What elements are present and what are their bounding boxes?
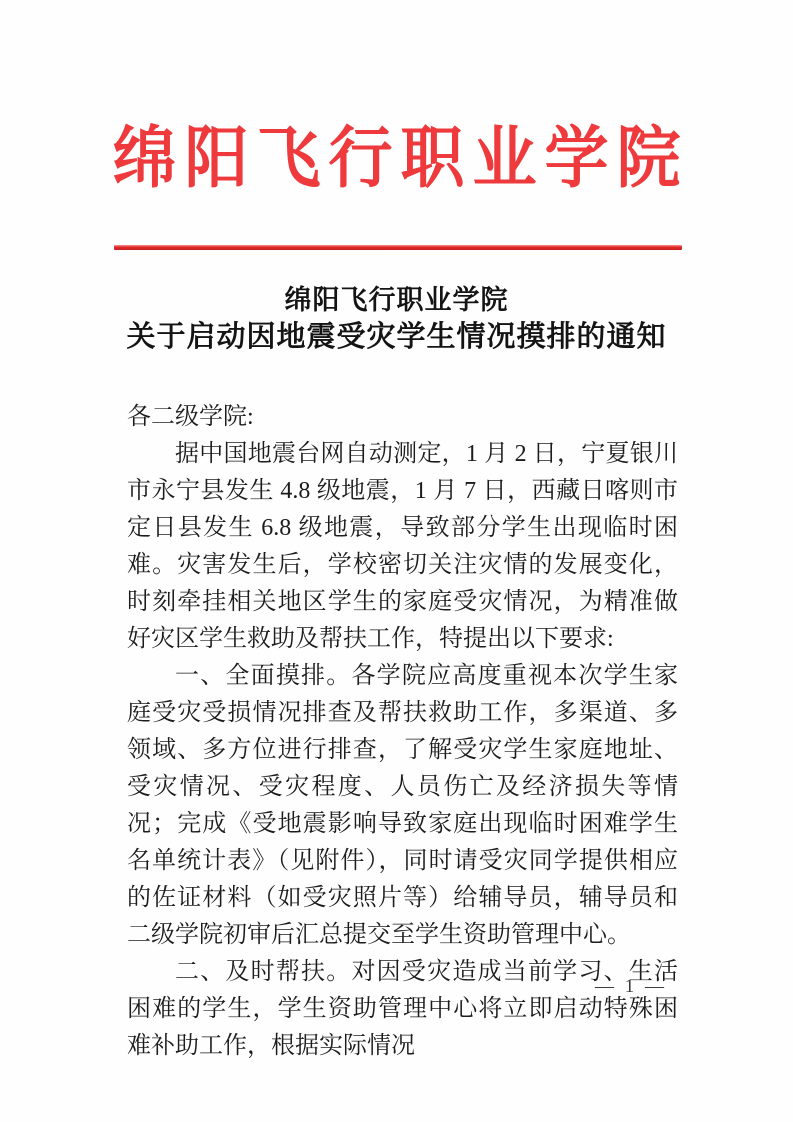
paragraph-2: 一、全面摸排。各学院应高度重视本次学生家庭受灾受损情况排查及帮扶救助工作，多渠道…: [127, 658, 678, 954]
salutation: 各二级学院:: [127, 399, 678, 436]
document-page: 绵阳飞行职业学院 绵阳飞行职业学院 关于启动因地震受灾学生情况摸排的通知 各二级…: [0, 0, 793, 1122]
doc-title-line1: 绵阳飞行职业学院: [0, 283, 793, 317]
doc-title: 绵阳飞行职业学院 关于启动因地震受灾学生情况摸排的通知: [0, 283, 793, 357]
page-number: — 1 —: [595, 976, 667, 998]
paragraph-1: 据中国地震台网自动测定，1 月 2 日，宁夏银川市永宁县发生 4.8 级地震，1…: [127, 436, 678, 658]
doc-body: 各二级学院: 据中国地震台网自动测定，1 月 2 日，宁夏银川市永宁县发生 4.…: [127, 399, 678, 1065]
paragraph-3: 二、及时帮扶。对因受灾造成当前学习、生活困难的学生，学生资助管理中心将立即启动特…: [127, 954, 678, 1065]
doc-title-line2: 关于启动因地震受灾学生情况摸排的通知: [0, 317, 793, 357]
letterhead-divider: [114, 245, 682, 250]
letterhead-title: 绵阳飞行职业学院: [0, 122, 793, 196]
